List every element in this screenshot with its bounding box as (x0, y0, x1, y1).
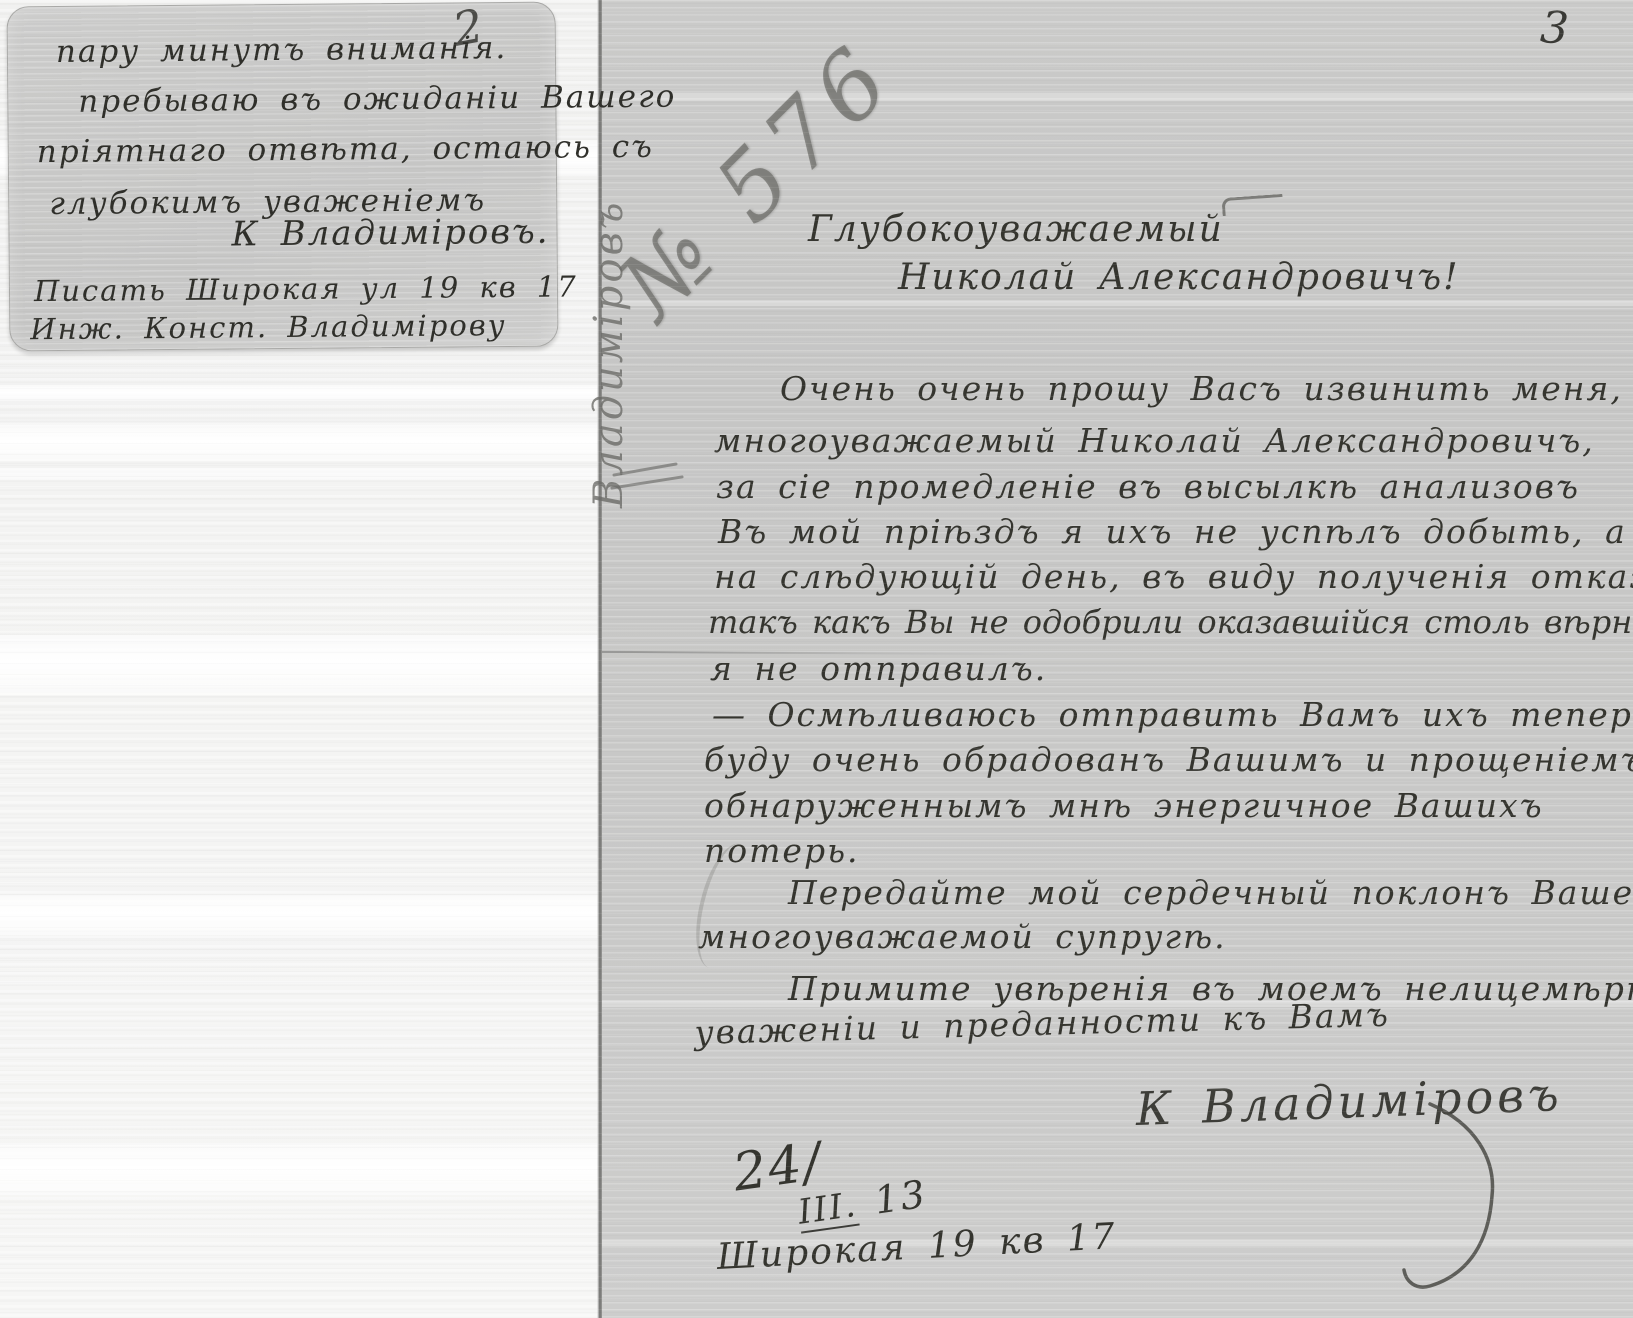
scan-streak (0, 425, 601, 461)
note-card-page: 2 пару минутъ вниманія. пребываю въ ожид… (7, 2, 559, 352)
page-number: 3 (1539, 6, 1572, 52)
scan-streak (0, 895, 601, 935)
card-line: пріятнаго отвѣта, остаюсь съ (37, 132, 654, 168)
scan-streak (602, 93, 1633, 101)
salutation-line: Николай Александровичъ! (898, 260, 1460, 296)
body-line: такъ какъ Вы не одобрили оказавшійся сто… (708, 606, 1633, 638)
salutation-line: Глубокоуважаемый (808, 212, 1224, 248)
body-line: — Осмѣливаюсь отправить Вамъ ихъ теперь, (712, 698, 1633, 731)
scan-streak (0, 1145, 601, 1195)
body-line: Передайте мой сердечный поклонъ Вашей (788, 876, 1633, 909)
body-line: обнаруженнымъ мнѣ энергичное Вашихъ (704, 789, 1544, 822)
scan-streak (602, 300, 1633, 306)
signature-flourish (1392, 1098, 1522, 1298)
card-address-line: Инж. Конст. Владимірову (30, 311, 506, 344)
date-month: III. (796, 1188, 860, 1234)
body-line: на слѣдующій день, въ виду полученія отк… (714, 560, 1633, 593)
card-signature: К Владиміровъ. (231, 215, 549, 252)
card-address-line: Писать Широкая ул 19 кв 17 (34, 272, 578, 306)
body-line: Въ мой пріѣздъ я ихъ не успѣлъ добыть, а (718, 515, 1627, 548)
card-line: пару минутъ вниманія. (56, 33, 508, 68)
body-line: потерь. (704, 834, 860, 867)
body-line: я не отправилъ. (710, 652, 1047, 685)
scan-streak (0, 635, 601, 695)
body-line: многоуважаемой супругѣ. (698, 920, 1227, 953)
letter-scan: № 576 Владиміровъ 3 Глубокоуважаемый Ник… (0, 0, 1633, 1318)
date-year: 13 (872, 1175, 929, 1220)
body-line: буду очень обрадованъ Вашимъ и прощеніем… (704, 743, 1633, 776)
scan-streak (0, 468, 601, 480)
body-line: многоуважаемый Николай Александровичъ, (714, 424, 1595, 457)
scan-streak (0, 385, 601, 401)
card-line: пребываю въ ожиданіи Вашего (78, 82, 676, 118)
body-line: за сіе промедленіе въ высылкѣ анализовъ (716, 470, 1580, 503)
body-line: Очень очень прошу Васъ извинить меня, (780, 372, 1623, 405)
